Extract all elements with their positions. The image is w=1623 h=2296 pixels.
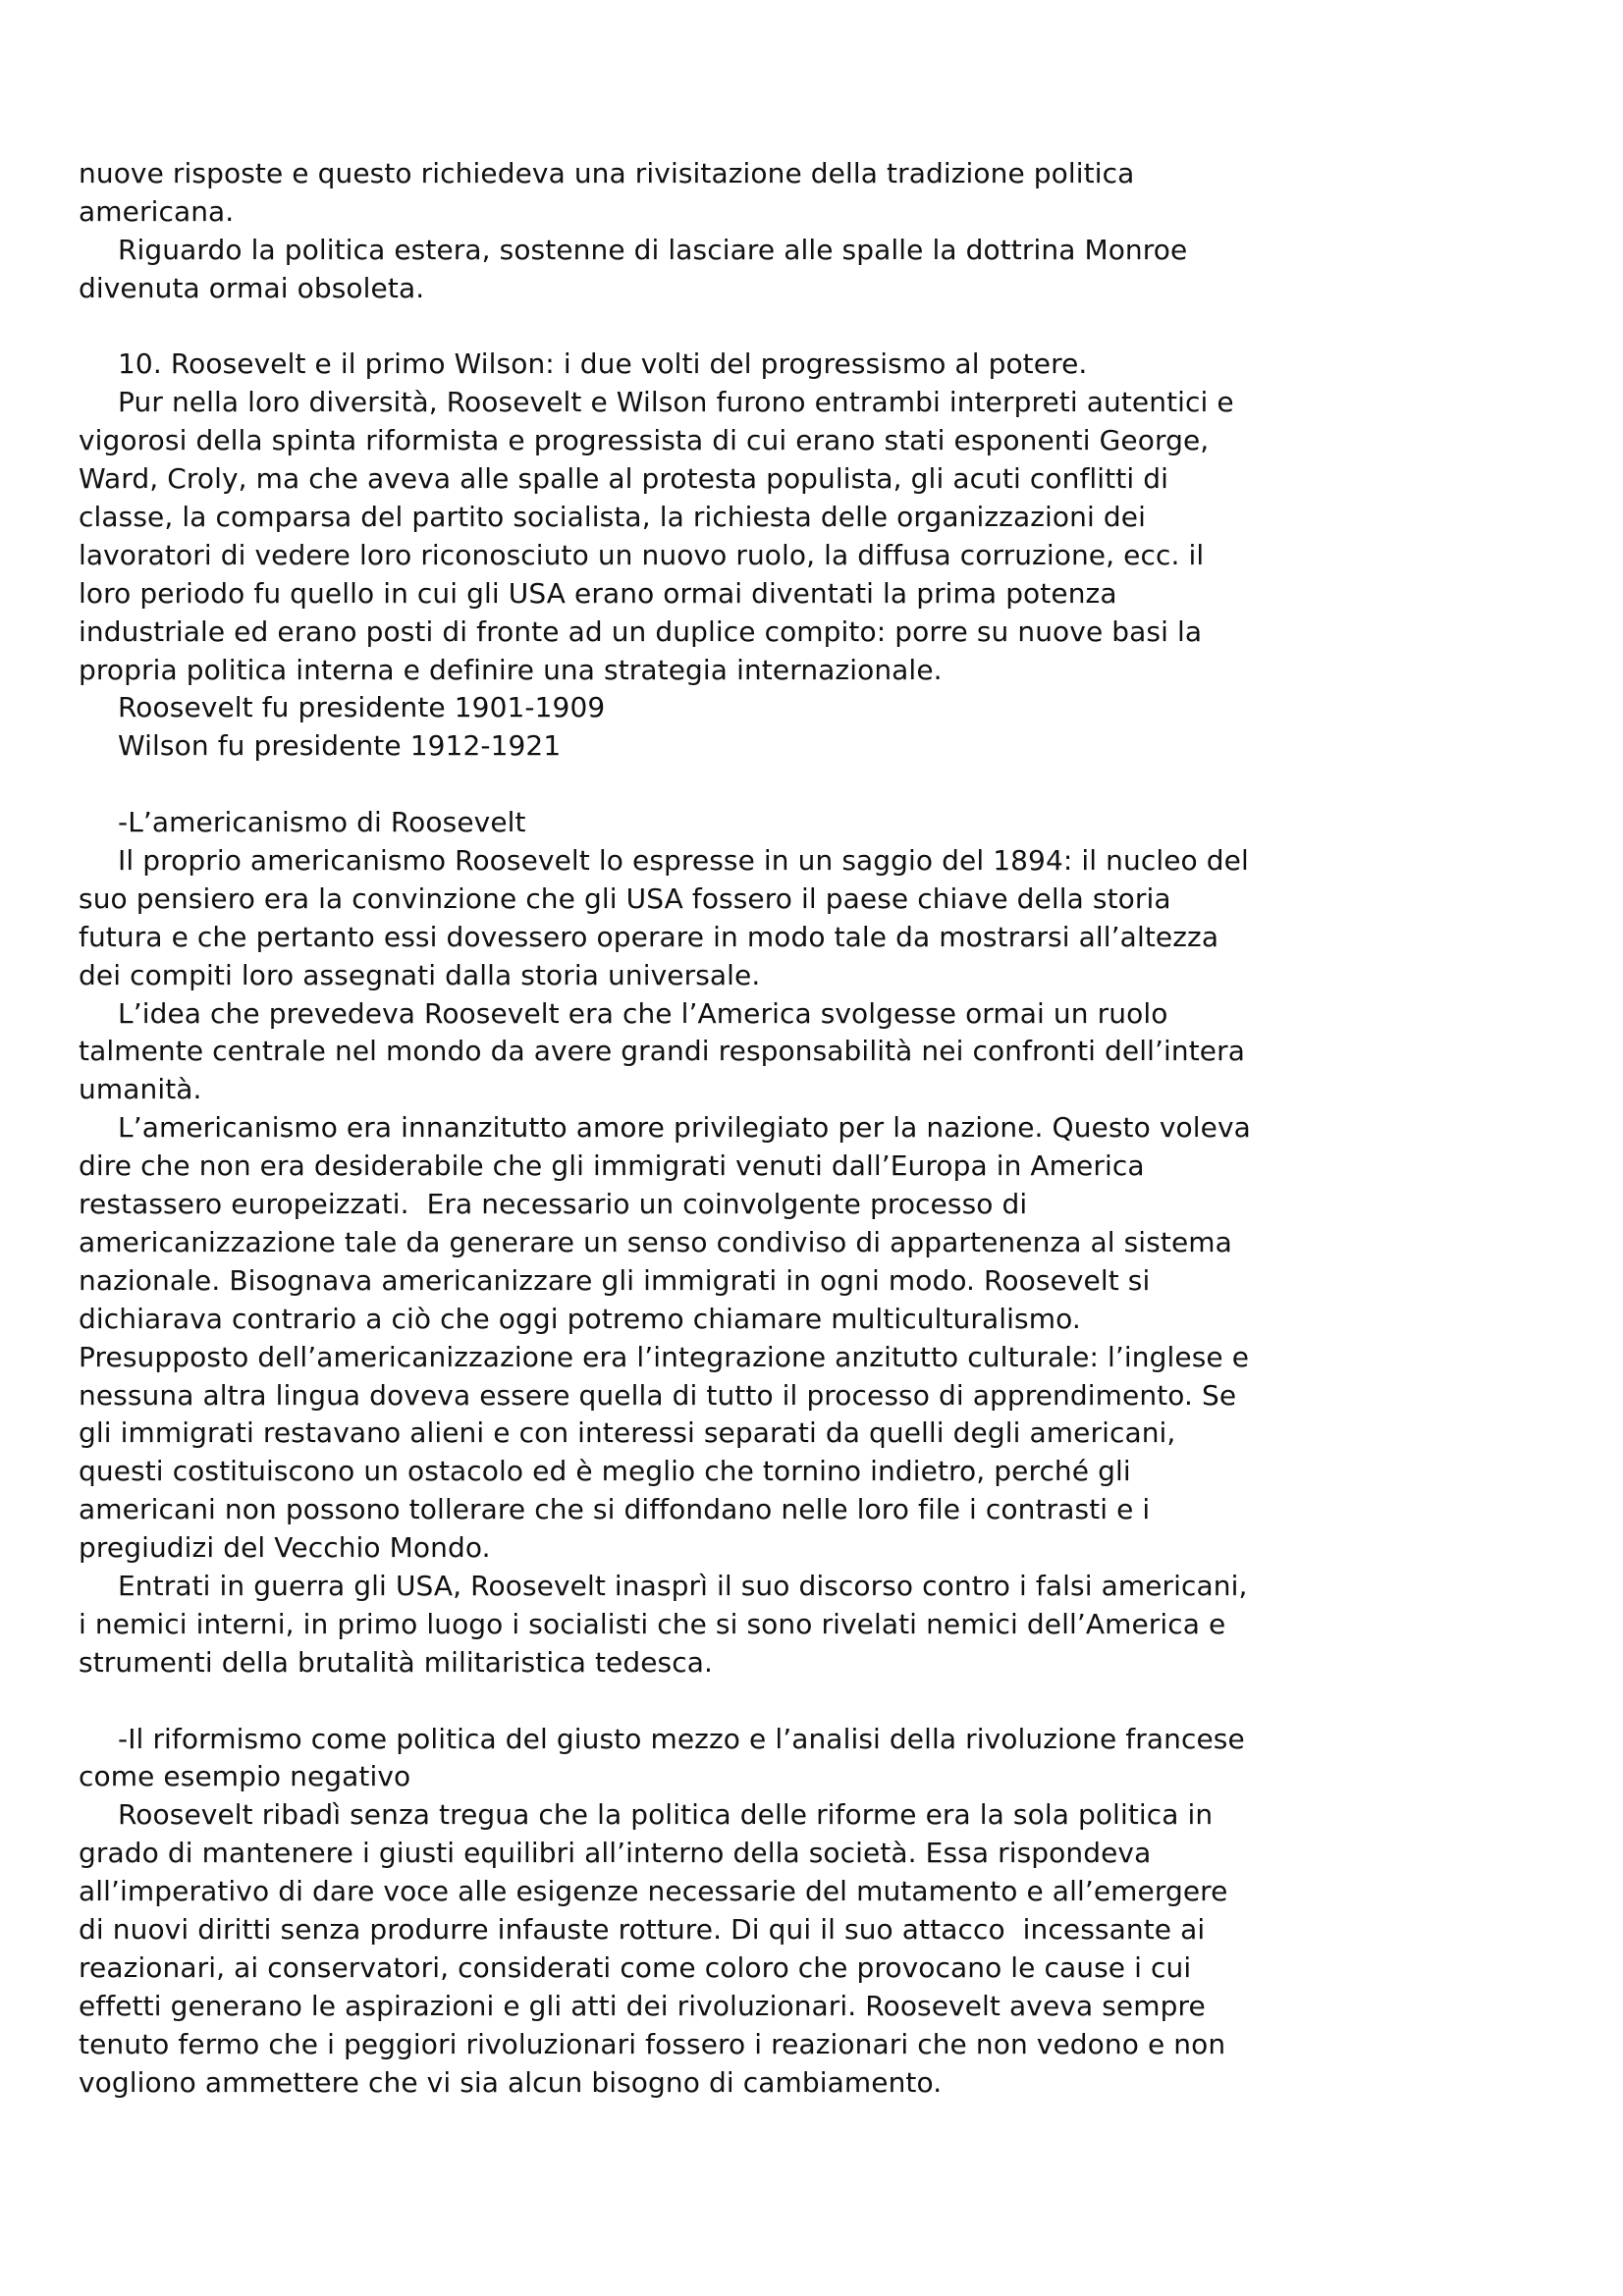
- text-line: tenuto fermo che i peggiori rivoluzionar…: [79, 2026, 1532, 2064]
- text-line: L’americanismo era innanzitutto amore pr…: [79, 1109, 1532, 1148]
- document-body: nuove risposte e questo richiedeva una r…: [79, 155, 1532, 2102]
- text-line: industriale ed erano posti di fronte ad …: [79, 614, 1532, 652]
- blank-line: [79, 766, 1532, 804]
- text-line: nessuna altra lingua doveva essere quell…: [79, 1377, 1532, 1415]
- text-line: Il proprio americanismo Roosevelt lo esp…: [79, 842, 1532, 881]
- text-line: dichiarava contrario a ciò che oggi potr…: [79, 1301, 1532, 1339]
- text-line: americani non possono tollerare che si d…: [79, 1491, 1532, 1529]
- text-line: americanizzazione tale da generare un se…: [79, 1224, 1532, 1262]
- text-line: restassero europeizzati. Era necessario …: [79, 1186, 1532, 1224]
- text-line: vogliono ammettere che vi sia alcun biso…: [79, 2064, 1532, 2103]
- text-line: Riguardo la politica estera, sostenne di…: [79, 232, 1532, 270]
- text-line: umanità.: [79, 1071, 1532, 1109]
- text-line: L’idea che prevedeva Roosevelt era che l…: [79, 995, 1532, 1034]
- text-line: talmente centrale nel mondo da avere gra…: [79, 1033, 1532, 1071]
- text-line: all’imperativo di dare voce alle esigenz…: [79, 1873, 1532, 1911]
- text-line: come esempio negativo: [79, 1758, 1532, 1796]
- text-line: vigorosi della spinta riformista e progr…: [79, 422, 1532, 460]
- text-line: Presupposto dell’americanizzazione era l…: [79, 1339, 1532, 1377]
- text-line: -L’americanismo di Roosevelt: [79, 804, 1532, 842]
- text-line: di nuovi diritti senza produrre infauste…: [79, 1911, 1532, 1949]
- text-line: dei compiti loro assegnati dalla storia …: [79, 957, 1532, 995]
- text-line: divenuta ormai obsoleta.: [79, 270, 1532, 308]
- text-line: nazionale. Bisognava americanizzare gli …: [79, 1262, 1532, 1301]
- text-line: Roosevelt ribadì senza tregua che la pol…: [79, 1796, 1532, 1835]
- document-page: nuove risposte e questo richiedeva una r…: [0, 0, 1623, 2296]
- text-line: i nemici interni, in primo luogo i socia…: [79, 1606, 1532, 1644]
- text-line: effetti generano le aspirazioni e gli at…: [79, 1988, 1532, 2026]
- text-line: propria politica interna e definire una …: [79, 652, 1532, 690]
- text-line: grado di mantenere i giusti equilibri al…: [79, 1835, 1532, 1873]
- text-line: strumenti della brutalità militaristica …: [79, 1644, 1532, 1682]
- text-line: suo pensiero era la convinzione che gli …: [79, 881, 1532, 919]
- text-line: Wilson fu presidente 1912-1921: [79, 727, 1532, 766]
- text-line: nuove risposte e questo richiedeva una r…: [79, 155, 1532, 193]
- blank-line: [79, 308, 1532, 347]
- text-line: 10. Roosevelt e il primo Wilson: i due v…: [79, 346, 1532, 384]
- text-line: dire che non era desiderabile che gli im…: [79, 1148, 1532, 1186]
- text-line: gli immigrati restavano alieni e con int…: [79, 1415, 1532, 1453]
- text-line: classe, la comparsa del partito socialis…: [79, 499, 1532, 537]
- text-line: -Il riformismo come politica del giusto …: [79, 1721, 1532, 1759]
- text-line: Pur nella loro diversità, Roosevelt e Wi…: [79, 384, 1532, 422]
- text-line: futura e che pertanto essi dovessero ope…: [79, 919, 1532, 957]
- text-line: reazionari, ai conservatori, considerati…: [79, 1949, 1532, 1988]
- text-line: pregiudizi del Vecchio Mondo.: [79, 1529, 1532, 1568]
- text-line: Entrati in guerra gli USA, Roosevelt ina…: [79, 1568, 1532, 1606]
- text-line: lavoratori di vedere loro riconosciuto u…: [79, 537, 1532, 575]
- blank-line: [79, 1682, 1532, 1721]
- text-line: americana.: [79, 193, 1532, 232]
- text-line: questi costituiscono un ostacolo ed è me…: [79, 1453, 1532, 1491]
- text-line: Ward, Croly, ma che aveva alle spalle al…: [79, 460, 1532, 499]
- text-line: Roosevelt fu presidente 1901-1909: [79, 689, 1532, 727]
- text-line: loro periodo fu quello in cui gli USA er…: [79, 575, 1532, 614]
